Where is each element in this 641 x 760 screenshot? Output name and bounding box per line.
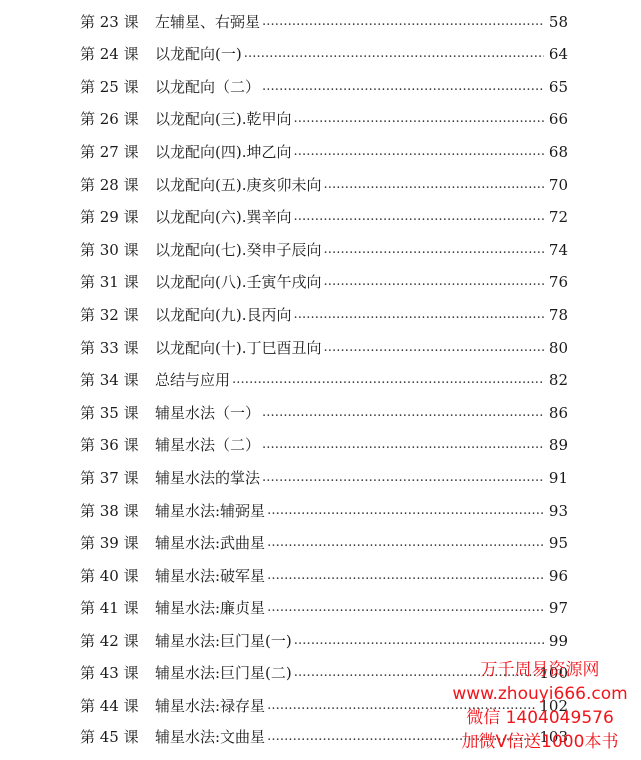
dot-leader <box>323 270 544 294</box>
dot-leader <box>262 75 544 99</box>
dot-leader <box>293 303 544 327</box>
toc-entry[interactable]: 第 32 课 以龙配向(九).艮丙向 78 <box>80 303 568 327</box>
lesson-number: 第 23 课 <box>80 10 155 34</box>
lesson-number: 第 29 课 <box>80 205 155 229</box>
lesson-number: 第 45 课 <box>80 725 155 749</box>
lesson-title: 辅星水法:辅弼星 <box>155 499 265 523</box>
lesson-title: 以龙配向(八).壬寅午戌向 <box>155 270 321 294</box>
lesson-number: 第 28 课 <box>80 173 155 197</box>
lesson-title: 以龙配向(一) <box>155 42 242 66</box>
lesson-title: 辅星水法（一） <box>155 401 260 425</box>
lesson-number: 第 32 课 <box>80 303 155 327</box>
page-number: 70 <box>546 173 568 197</box>
lesson-title: 辅星水法:武曲星 <box>155 531 265 555</box>
page-number: 68 <box>546 140 568 164</box>
toc-entry[interactable]: 第 23 课 左辅星、右弼星 58 <box>80 10 568 34</box>
lesson-title: 辅星水法:破军星 <box>155 564 265 588</box>
lesson-title: 辅星水法:廉贞星 <box>155 596 265 620</box>
lesson-number: 第 38 课 <box>80 499 155 523</box>
lesson-number: 第 26 课 <box>80 107 155 131</box>
lesson-title: 总结与应用 <box>155 368 230 392</box>
dot-leader <box>262 466 544 490</box>
toc-entry[interactable]: 第 39 课 辅星水法:武曲星 95 <box>80 531 568 555</box>
lesson-number: 第 30 课 <box>80 238 155 262</box>
toc-entry[interactable]: 第 44 课 辅星水法:禄存星 102 <box>80 694 568 718</box>
lesson-title: 以龙配向(五).庚亥卯未向 <box>155 173 321 197</box>
page-number: 97 <box>546 596 568 620</box>
dot-leader <box>262 401 544 425</box>
lesson-number: 第 31 课 <box>80 270 155 294</box>
lesson-number: 第 33 课 <box>80 336 155 360</box>
page-number: 78 <box>546 303 568 327</box>
lesson-number: 第 27 课 <box>80 140 155 164</box>
lesson-number: 第 24 课 <box>80 42 155 66</box>
dot-leader <box>293 107 544 131</box>
lesson-number: 第 40 课 <box>80 564 155 588</box>
page-number: 64 <box>546 42 568 66</box>
dot-leader <box>267 694 537 718</box>
page-number: 103 <box>539 725 568 749</box>
toc-entry[interactable]: 第 45 课 辅星水法:文曲星 103 <box>80 725 568 749</box>
dot-leader <box>267 596 544 620</box>
lesson-title: 辅星水法:禄存星 <box>155 694 265 718</box>
page-number: 80 <box>546 336 568 360</box>
dot-leader <box>244 42 544 66</box>
dot-leader <box>262 10 544 34</box>
dot-leader <box>293 205 544 229</box>
lesson-number: 第 44 课 <box>80 694 155 718</box>
page-number: 95 <box>546 531 568 555</box>
dot-leader <box>323 238 544 262</box>
dot-leader <box>294 629 544 653</box>
dot-leader <box>293 140 544 164</box>
toc-entry[interactable]: 第 42 课 辅星水法:巨门星(一) 99 <box>80 629 568 653</box>
page-number: 72 <box>546 205 568 229</box>
page-number: 58 <box>546 10 568 34</box>
page-number: 76 <box>546 270 568 294</box>
dot-leader <box>294 661 538 685</box>
toc-entry[interactable]: 第 33 课 以龙配向(十).丁巳酉丑向 80 <box>80 336 568 360</box>
lesson-title: 辅星水法的掌法 <box>155 466 260 490</box>
toc-entry[interactable]: 第 40 课 辅星水法:破军星 96 <box>80 564 568 588</box>
page-number: 74 <box>546 238 568 262</box>
toc-entry[interactable]: 第 27 课 以龙配向(四).坤乙向 68 <box>80 140 568 164</box>
page-number: 89 <box>546 433 568 457</box>
lesson-title: 辅星水法:巨门星(二) <box>155 661 292 685</box>
toc-entry[interactable]: 第 36 课 辅星水法（二） 89 <box>80 433 568 457</box>
toc-entry[interactable]: 第 28 课 以龙配向(五).庚亥卯未向 70 <box>80 173 568 197</box>
toc-entry[interactable]: 第 30 课 以龙配向(七).癸申子辰向 74 <box>80 238 568 262</box>
dot-leader <box>267 531 544 555</box>
lesson-title: 辅星水法:文曲星 <box>155 725 265 749</box>
lesson-title: 以龙配向(四).坤乙向 <box>155 140 291 164</box>
dot-leader <box>323 173 544 197</box>
dot-leader <box>262 433 544 457</box>
lesson-title: 以龙配向(十).丁巳酉丑向 <box>155 336 321 360</box>
lesson-title: 以龙配向(七).癸申子辰向 <box>155 238 321 262</box>
lesson-number: 第 41 课 <box>80 596 155 620</box>
lesson-title: 辅星水法（二） <box>155 433 260 457</box>
page-number: 99 <box>546 629 568 653</box>
lesson-number: 第 36 课 <box>80 433 155 457</box>
lesson-number: 第 42 课 <box>80 629 155 653</box>
toc-entry[interactable]: 第 38 课 辅星水法:辅弼星 93 <box>80 499 568 523</box>
lesson-title: 左辅星、右弼星 <box>155 10 260 34</box>
toc-entry[interactable]: 第 35 课 辅星水法（一） 86 <box>80 401 568 425</box>
page-number: 86 <box>546 401 568 425</box>
toc-entry[interactable]: 第 43 课 辅星水法:巨门星(二) 100 <box>80 661 568 685</box>
toc-entry[interactable]: 第 37 课 辅星水法的掌法 91 <box>80 466 568 490</box>
toc-entry[interactable]: 第 31 课 以龙配向(八).壬寅午戌向 76 <box>80 270 568 294</box>
dot-leader <box>267 725 537 749</box>
lesson-number: 第 39 课 <box>80 531 155 555</box>
toc-entry[interactable]: 第 41 课 辅星水法:廉贞星 97 <box>80 596 568 620</box>
dot-leader <box>232 368 544 392</box>
page-number: 82 <box>546 368 568 392</box>
lesson-number: 第 34 课 <box>80 368 155 392</box>
toc-entry[interactable]: 第 24 课 以龙配向(一) 64 <box>80 42 568 66</box>
lesson-title: 以龙配向(九).艮丙向 <box>155 303 291 327</box>
dot-leader <box>267 499 544 523</box>
lesson-number: 第 35 课 <box>80 401 155 425</box>
page-number: 96 <box>546 564 568 588</box>
lesson-number: 第 43 课 <box>80 661 155 685</box>
page-number: 93 <box>546 499 568 523</box>
toc-entry[interactable]: 第 25 课 以龙配向（二） 65 <box>80 75 568 99</box>
page-number: 66 <box>546 107 568 131</box>
toc-entry[interactable]: 第 29 课 以龙配向(六).巽辛向 72 <box>80 205 568 229</box>
toc-entry[interactable]: 第 34 课 总结与应用 82 <box>80 368 568 392</box>
page-number: 100 <box>539 661 568 685</box>
lesson-title: 以龙配向（二） <box>155 75 260 99</box>
page-number: 91 <box>546 466 568 490</box>
page-number: 65 <box>546 75 568 99</box>
lesson-title: 辅星水法:巨门星(一) <box>155 629 292 653</box>
lesson-number: 第 25 课 <box>80 75 155 99</box>
dot-leader <box>267 564 544 588</box>
lesson-title: 以龙配向(六).巽辛向 <box>155 205 291 229</box>
page-number: 102 <box>539 694 568 718</box>
lesson-number: 第 37 课 <box>80 466 155 490</box>
toc-entry[interactable]: 第 26 课 以龙配向(三).乾甲向 66 <box>80 107 568 131</box>
dot-leader <box>323 336 544 360</box>
lesson-title: 以龙配向(三).乾甲向 <box>155 107 291 131</box>
